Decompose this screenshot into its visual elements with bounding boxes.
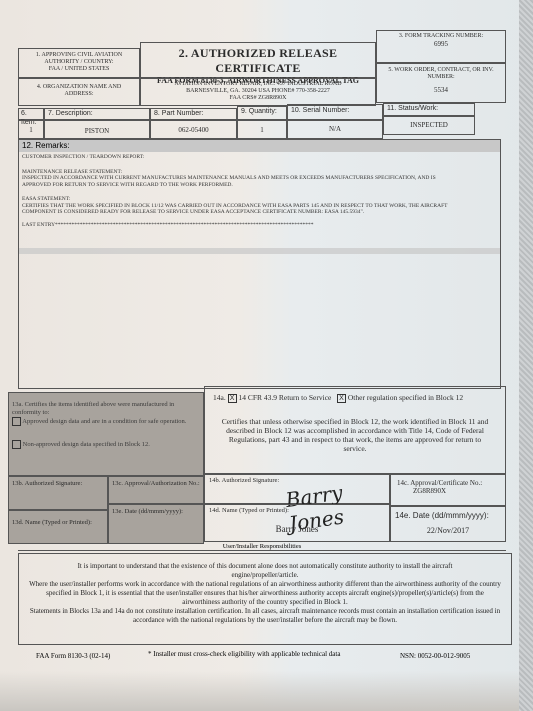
block4-label: 4. ORGANIZATION NAME AND ADDRESS: xyxy=(27,84,131,98)
non-approved-design-checkbox[interactable] xyxy=(12,440,21,449)
block13a-label: 13a. Certifies the items identified abov… xyxy=(12,401,200,417)
approved-design-checkbox[interactable] xyxy=(12,417,21,426)
remarks-text: CUSTOMER INSPECTION / TEARDOWN REPORT: M… xyxy=(19,152,500,230)
responsibilities-title: User/Installer Responsibilities xyxy=(18,543,506,551)
header-item: 6. Item: xyxy=(18,108,44,120)
last-entry: LAST ENTRY******************************… xyxy=(22,222,497,229)
responsibilities-block: It is important to understand that the e… xyxy=(18,553,512,645)
block14c: 14c. Approval/Certificate No.: ZG8R890X xyxy=(390,474,506,506)
block14d-value: Barry Jones xyxy=(209,524,385,534)
block2-title: 2. AUTHORIZED RELEASE CERTIFICATE FAA FO… xyxy=(140,42,376,78)
responsibilities-p3: Statements in Blocks 13a and 14a do not … xyxy=(29,607,501,625)
cell-status-work: INSPECTED xyxy=(383,116,475,135)
responsibilities-p2: Where the user/installer performs work i… xyxy=(29,580,501,607)
non-approved-design-option[interactable]: Non-approved design data specified in Bl… xyxy=(12,440,200,449)
block13b: 13b. Authorized Signature: xyxy=(8,476,108,510)
other-regulation-checkbox[interactable]: X xyxy=(337,394,346,403)
header-description: 7. Description: xyxy=(44,108,150,120)
org-line1: AVIATION INVENTORY REPAIR, INC. 457 INDU… xyxy=(145,81,371,88)
nsn-number: NSN: 0052-00-012-9005 xyxy=(400,652,470,660)
document-page: 1. APPROVING CIVIL AVIATION AUTHORITY / … xyxy=(0,0,533,711)
mrs-body: INSPECTED IN ACCORDANCE WITH CURRENT MAN… xyxy=(22,175,462,188)
paper-shadow xyxy=(0,671,533,711)
block13e: 13e. Date (dd/mmm/yyyy): xyxy=(108,504,204,544)
block4-org-address: AVIATION INVENTORY REPAIR, INC. 457 INDU… xyxy=(140,78,376,106)
block14d-label: 14d. Name (Typed or Printed): xyxy=(209,507,385,514)
block3-label: 3. FORM TRACKING NUMBER: xyxy=(387,33,495,40)
responsibilities-p1: It is important to understand that the e… xyxy=(29,562,501,580)
form-title: 2. AUTHORIZED RELEASE CERTIFICATE xyxy=(141,46,375,76)
block14a: 14a. X 14 CFR 43.9 Return to Service X O… xyxy=(204,386,506,474)
cell-part-number: 062-05400 xyxy=(150,120,237,139)
cfr-43-9-checkbox[interactable]: X xyxy=(228,394,237,403)
block14e-label: 14e. Date (dd/mmm/yyyy): xyxy=(395,511,501,521)
block5-work-order: 5. WORK ORDER, CONTRACT, OR INV. NUMBER:… xyxy=(376,63,506,103)
remarks-label: 12. Remarks: xyxy=(19,140,500,152)
block13c: 13c. Approval/Authorization No.: xyxy=(108,476,204,504)
block5-value: 5534 xyxy=(381,87,501,94)
block13a: 13a. Certifies the items identified abov… xyxy=(8,392,204,476)
cell-description: PISTON xyxy=(44,120,150,139)
remarks-shade-bar xyxy=(19,248,500,254)
block14a-label: 14a. xyxy=(213,393,226,402)
cfr-43-9-label: 14 CFR 43.9 Return to Service xyxy=(238,393,331,402)
block13d: 13d. Name (Typed or Printed): xyxy=(8,510,108,544)
remarks-block: 12. Remarks: CUSTOMER INSPECTION / TEARD… xyxy=(18,139,501,389)
block14c-value: ZG8R890X xyxy=(397,487,499,495)
org-line3: FAA CRS# ZG8R890X xyxy=(145,95,371,102)
non-approved-design-label: Non-approved design data specified in Bl… xyxy=(23,441,150,448)
block1-approving-authority: 1. APPROVING CIVIL AVIATION AUTHORITY / … xyxy=(18,48,140,78)
block1-value: FAA / UNITED STATES xyxy=(23,66,135,73)
other-regulation-label: Other regulation specified in Block 12 xyxy=(348,393,463,402)
approved-design-option[interactable]: Approved design data and are in a condit… xyxy=(12,417,200,426)
background-surface xyxy=(519,0,533,711)
block3-tracking: 3. FORM TRACKING NUMBER: 6995 xyxy=(376,30,506,63)
cell-quantity: 1 xyxy=(237,120,287,139)
block14c-label: 14c. Approval/Certificate No.: xyxy=(397,479,499,487)
cell-serial-number: N/A xyxy=(287,120,383,139)
header-part-number: 8. Part Number: xyxy=(150,108,237,120)
block5-label: 5. WORK ORDER, CONTRACT, OR INV. NUMBER: xyxy=(381,67,501,81)
block4-org-label: 4. ORGANIZATION NAME AND ADDRESS: xyxy=(18,78,140,106)
block14d: 14d. Name (Typed or Printed): Barry Jone… xyxy=(204,504,390,542)
block14a-options: 14a. X 14 CFR 43.9 Return to Service X O… xyxy=(213,393,497,403)
block14e: 14e. Date (dd/mmm/yyyy): 22/Nov/2017 xyxy=(390,506,506,542)
header-quantity: 9. Quantity: xyxy=(237,106,287,120)
block14a-certify-text: Certifies that unless otherwise specifie… xyxy=(213,417,497,453)
block3-value: 6995 xyxy=(387,41,495,48)
cell-item: 1 xyxy=(18,120,44,139)
approved-design-label: Approved design data and are in a condit… xyxy=(22,418,186,425)
header-serial-number: 10. Serial Number: xyxy=(287,104,383,120)
block14b: 14b. Authorized Signature: Barry Jones xyxy=(204,474,390,504)
form-id: FAA Form 8130-3 (02-14) xyxy=(36,652,110,660)
easa-body: CERTIFIES THAT THE WORK SPECIFIED IN BLO… xyxy=(22,203,472,216)
block14e-value: 22/Nov/2017 xyxy=(395,526,501,536)
block1-label: 1. APPROVING CIVIL AVIATION AUTHORITY / … xyxy=(23,52,135,66)
installer-note: * Installer must cross-check eligibility… xyxy=(148,650,340,658)
org-line2: BARNESVILLE, GA. 30204 USA PHONE# 770-35… xyxy=(145,88,371,95)
header-status-work: 11. Status/Work: xyxy=(383,103,475,116)
